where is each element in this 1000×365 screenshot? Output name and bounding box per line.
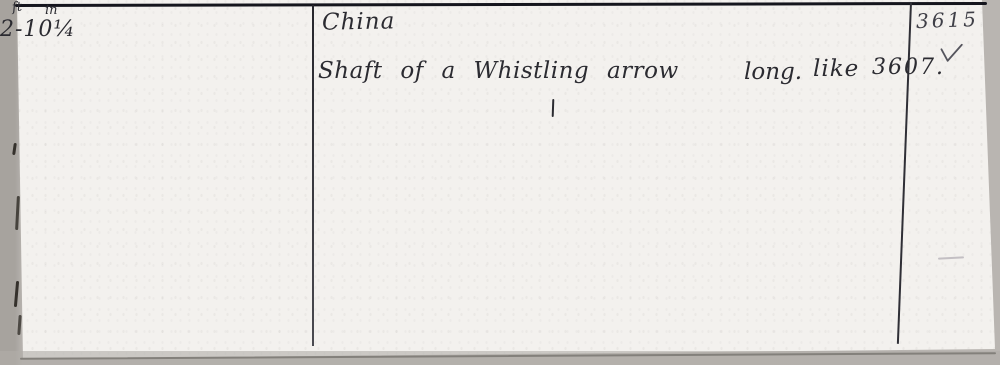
index-card-paper [0,0,1000,365]
torn-edge-mark [12,143,17,155]
torn-edge-mark [14,281,19,307]
torn-edge-mark [15,196,19,230]
torn-edge-mark [17,315,21,335]
checkmark-icon [937,42,965,70]
unit-feet-label: ft [11,0,23,15]
description-text: Shaft of a Whistling arrow [318,60,679,83]
region-header: China [322,10,396,34]
catalog-number: 3615 [916,7,980,33]
column-rule-middle [312,5,314,346]
reference-number: 3607. [872,57,945,79]
unit-inches-label: in [45,3,58,18]
measurement-value: 2-10¼ [0,17,76,42]
description-word-long: long. [744,61,802,84]
description-word-like: like [813,58,859,81]
scanned-card-page: China Shaft of a Whistling arrow ft in 2… [0,0,1000,365]
